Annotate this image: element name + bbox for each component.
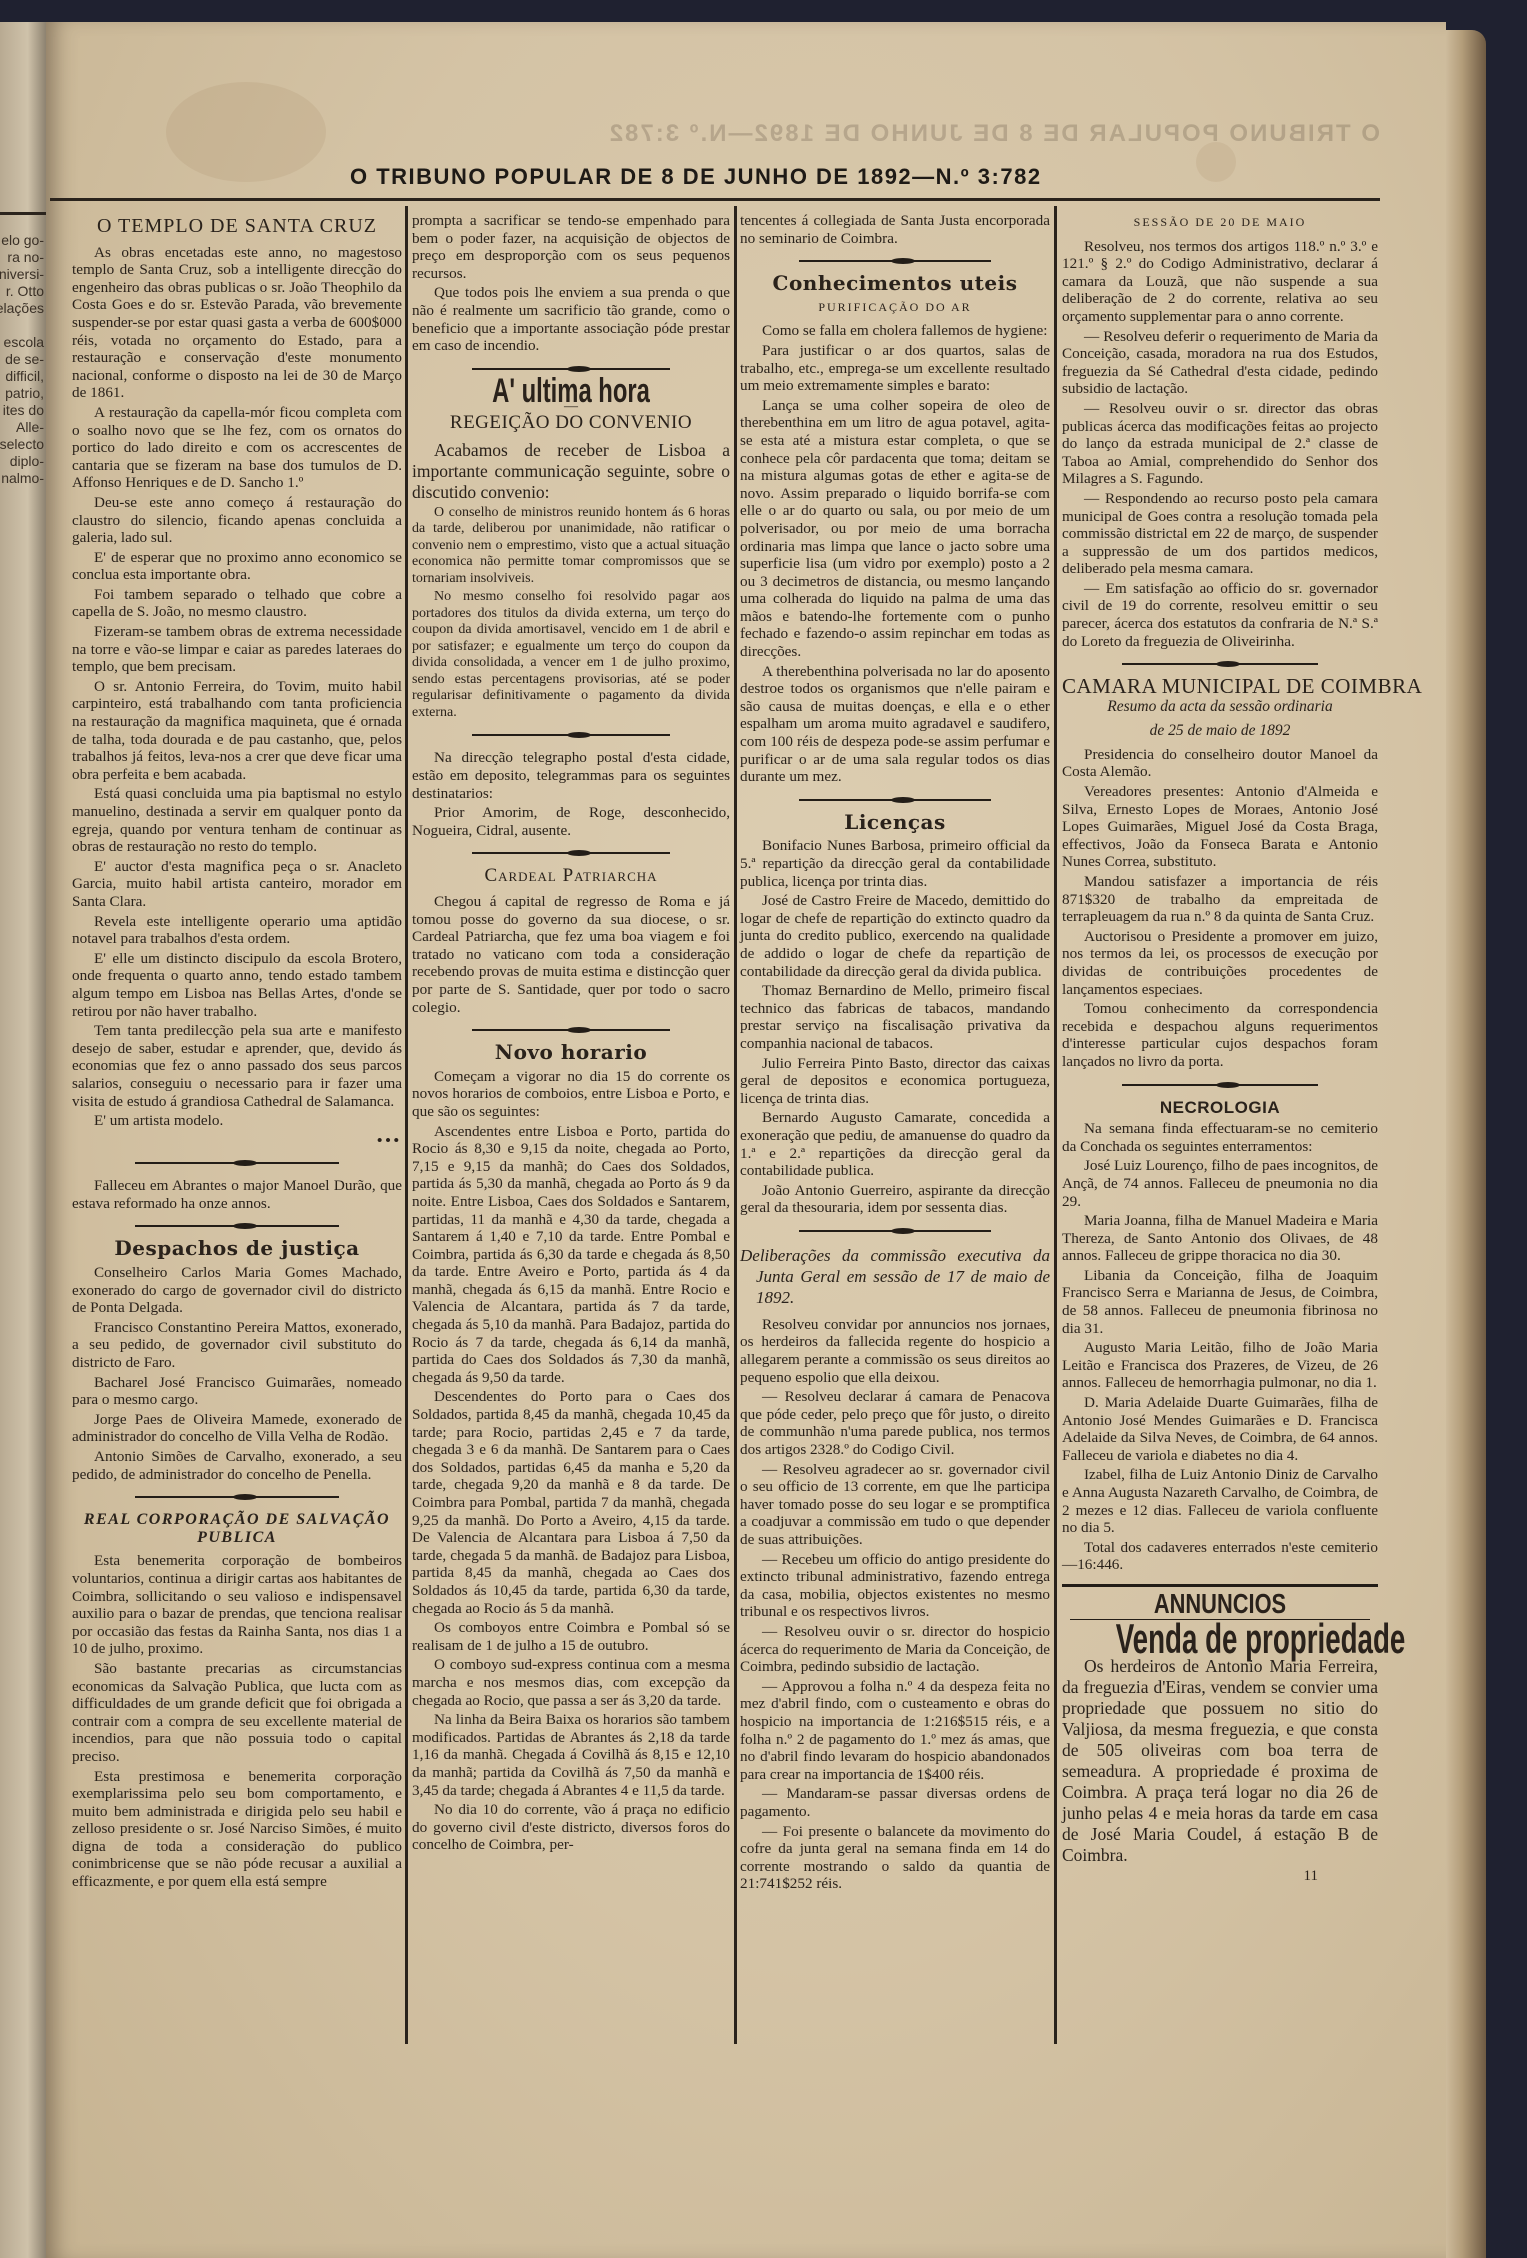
article-ultima-hora: A' ultima hora — REGEIÇÃO DO CONVENIO Ac…	[412, 383, 730, 722]
paragraph: — Foi presente o balancete da movimento …	[740, 1823, 1050, 1893]
article-title: CAMARA MUNICIPAL DE COIMBRA	[1062, 678, 1378, 696]
paragraph: Presidencia do conselheiro doutor Manoel…	[1062, 746, 1378, 781]
paragraph: Francisco Constantino Pereira Mattos, ex…	[72, 1319, 402, 1372]
column-rule	[1054, 206, 1057, 2044]
article-subtitle: REGEIÇÃO DO CONVENIO	[412, 414, 730, 432]
paragraph: Mandou satisfazer a importancia de réis …	[1062, 873, 1378, 926]
paragraph: Julio Ferreira Pinto Basto, director das…	[740, 1055, 1050, 1108]
previous-page-fragment: niversi-	[0, 266, 44, 283]
section-separator	[799, 259, 991, 263]
article-telegrammas: Na direcção telegrapho postal d'esta cid…	[412, 749, 730, 839]
paragraph: Na linha da Beira Baixa os horarios são …	[412, 1711, 730, 1799]
article-necrologia: NECROLOGIA Na semana finda effectuaram-s…	[1062, 1099, 1378, 1574]
paragraph: João Antonio Guerreiro, aspirante da dir…	[740, 1182, 1050, 1217]
paragraph: E' de esperar que no proximo anno econom…	[72, 549, 402, 584]
previous-page-fragment: ites do	[0, 402, 44, 419]
paragraph: Que todos pois lhe enviem a sua prenda o…	[412, 284, 730, 354]
previous-page-fragment: ra no-	[0, 249, 44, 266]
article-subtitle: PURIFICAÇÃO DO AR	[740, 299, 1050, 317]
previous-page-fragment: difficil,	[0, 368, 44, 385]
section-separator	[472, 367, 669, 371]
paragraph: Os comboyos entre Coimbra e Pombal só se…	[412, 1619, 730, 1654]
article-salvacao-publica: REAL CORPORAÇÃO DE SALVAÇÃO PUBLICA Esta…	[72, 1511, 402, 1890]
paragraph: Ascendentes entre Lisboa e Porto, partid…	[412, 1123, 730, 1387]
paragraph: Esta prestimosa e benemerita corporação …	[72, 1768, 402, 1891]
section-separator	[472, 1028, 669, 1032]
paragraph: E' elle um distincto discipulo da escola…	[72, 950, 402, 1020]
show-through-masthead: O TRIBUNO POPULAR DE 8 DE JUNHO DE 1892—…	[330, 120, 1380, 148]
article-title: Novo horario	[412, 1044, 730, 1062]
article-title: REAL CORPORAÇÃO DE SALVAÇÃO PUBLICA	[72, 1511, 402, 1546]
article-templo-santa-cruz: O TEMPLO DE SANTA CRUZ As obras encetada…	[72, 218, 402, 1149]
paragraph: D. Maria Adelaide Duarte Guimarães, filh…	[1062, 1394, 1378, 1464]
previous-page-fragment: r. Otto	[0, 283, 44, 300]
previous-page-fragment: patrio,	[0, 385, 44, 402]
paragraph: Começam a vigorar no dia 15 do corrente …	[412, 1068, 730, 1121]
section-separator	[799, 1229, 991, 1233]
previous-page-fragment: elo go-	[0, 232, 44, 249]
section-separator	[135, 1161, 340, 1165]
paragraph: O conselho de ministros reunido hontem á…	[412, 505, 730, 588]
article-conhecimentos-uteis: Conhecimentos uteis PURIFICAÇÃO DO AR Co…	[740, 275, 1050, 786]
paragraph: José de Castro Freire de Macedo, demitti…	[740, 892, 1050, 980]
article-title: Deliberações da commissão executiva da J…	[740, 1245, 1050, 1308]
article-body: Presidencia do conselheiro doutor Manoel…	[1062, 746, 1378, 1071]
paragraph: — Recebeu um officio do antigo president…	[740, 1551, 1050, 1621]
article-subtitle-date: de 25 de maio de 1892	[1062, 722, 1378, 740]
article-continuation: prompta a sacrificar se tendo-se empenha…	[412, 212, 730, 355]
article-sessao-20-maio: SESSÃO DE 20 DE MAIO Resolveu, nos termo…	[1062, 214, 1378, 650]
paragraph: Vereadores presentes: Antonio d'Almeida …	[1062, 783, 1378, 871]
section-separator	[1122, 1083, 1318, 1087]
paragraph: prompta a sacrificar se tendo-se empenha…	[412, 212, 730, 282]
paragraph: Lança se uma colher sopeira de oleo de t…	[740, 397, 1050, 661]
paragraph: — Approvou a folha n.º 4 da despeza feit…	[740, 1678, 1050, 1784]
article-licencas: Licenças Bonifacio Nunes Barbosa, primei…	[740, 814, 1050, 1217]
column-1: O TEMPLO DE SANTA CRUZ As obras encetada…	[72, 212, 402, 1893]
paragraph: Resolveu, nos termos dos artigos 118.º n…	[1062, 238, 1378, 326]
paragraph: Resolveu convidar por annuncios nos jorn…	[740, 1316, 1050, 1386]
article-title: Cardeal Patriarcha	[412, 867, 730, 885]
paragraph: Prior Amorim, de Roge, desconhecido, Nog…	[412, 804, 730, 839]
paragraph: E' auctor d'esta magnifica peça o sr. An…	[72, 858, 402, 911]
annuncios-rule-top	[1062, 1584, 1378, 1587]
paragraph: A restauração da capella-mór ficou compl…	[72, 404, 402, 492]
paragraph: Na direcção telegrapho postal d'esta cid…	[412, 749, 730, 802]
paragraph: Descendentes do Porto para o Caes dos So…	[412, 1388, 730, 1617]
paragraph: — Resolveu declarar á camara de Penacova…	[740, 1388, 1050, 1458]
paragraph: Conselheiro Carlos Maria Gomes Machado, …	[72, 1264, 402, 1317]
article-title: Licenças	[740, 814, 1050, 832]
paragraph: Jorge Paes de Oliveira Mamede, exonerado…	[72, 1411, 402, 1446]
paragraph: Antonio Simões de Carvalho, exonerado, a…	[72, 1448, 402, 1483]
paragraph: Foi tambem separado o telhado que cobre …	[72, 586, 402, 621]
paragraph: O comboyo sud-express continua com a mes…	[412, 1656, 730, 1709]
paragraph: Total dos cadaveres enterrados n'este ce…	[1062, 1539, 1378, 1574]
column-rule	[405, 206, 408, 2044]
paragraph: O sr. Antonio Ferreira, do Tovim, muito …	[72, 678, 402, 784]
section-separator	[135, 1495, 340, 1499]
paragraph: Libania da Conceição, filha de Joaquim F…	[1062, 1267, 1378, 1337]
previous-page-rule	[0, 212, 46, 215]
previous-page-fragment: elações	[0, 300, 44, 317]
article-body: Como se falla em cholera fallemos de hyg…	[740, 322, 1050, 785]
article-title: Despachos de justiça	[72, 1240, 402, 1258]
article-continuation: tencentes á collegiada de Santa Justa en…	[740, 212, 1050, 247]
paragraph: — Em satisfação ao officio do sr. govern…	[1062, 580, 1378, 650]
article-body: As obras encetadas este anno, no magesto…	[72, 244, 402, 1130]
article-camara-municipal: CAMARA MUNICIPAL DE COIMBRA Resumo da ac…	[1062, 678, 1378, 1070]
paragraph: — Resolveu ouvir o sr. director das obra…	[1062, 400, 1378, 488]
article-body: Resolveu convidar por annuncios nos jorn…	[740, 1316, 1050, 1893]
column-rule	[734, 206, 737, 2044]
paragraph: Tem tanta predilecção pela sua arte e ma…	[72, 1022, 402, 1110]
article-body: O conselho de ministros reunido hontem á…	[412, 505, 730, 722]
section-separator	[799, 798, 991, 802]
previous-page-fragment: escola	[0, 334, 44, 351]
section-separator	[472, 733, 669, 737]
article-signature: •••	[72, 1132, 402, 1150]
annuncios-title: ANNUNCIOS	[1097, 1595, 1343, 1613]
previous-page-fragment: diplo-	[0, 453, 44, 470]
ad-text: Os herdeiros de Antonio Maria Ferreira, …	[1062, 1656, 1378, 1866]
obituary-note: Falleceu em Abrantes o major Manoel Durã…	[72, 1177, 402, 1212]
column-2: prompta a sacrificar se tendo-se empenha…	[412, 212, 730, 1856]
paragraph: — Resolveu agradecer ao sr. governador c…	[740, 1461, 1050, 1549]
article-body: Na semana finda effectuaram-se no cemite…	[1062, 1120, 1378, 1574]
article-body: Conselheiro Carlos Maria Gomes Machado, …	[72, 1264, 402, 1483]
paper-stain	[166, 82, 326, 182]
paragraph: Na semana finda effectuaram-se no cemite…	[1062, 1120, 1378, 1155]
paragraph: Fizeram-se tambem obras de extrema neces…	[72, 623, 402, 676]
paragraph: — Resolveu ouvir o sr. director do hospi…	[740, 1623, 1050, 1676]
paragraph: Esta benemerita corporação de bombeiros …	[72, 1552, 402, 1658]
previous-page-fragment: de se-	[0, 351, 44, 368]
column-4: SESSÃO DE 20 DE MAIO Resolveu, nos termo…	[1062, 212, 1378, 1887]
ad-title: Venda de propriedade	[1116, 1630, 1325, 1648]
section-separator	[472, 851, 669, 855]
section-separator	[1122, 662, 1318, 666]
paragraph: São bastante precarias as circumstancias…	[72, 1660, 402, 1766]
paragraph: Bacharel José Francisco Guimarães, nomea…	[72, 1374, 402, 1409]
paragraph: No dia 10 do corrente, vão á praça no ed…	[412, 1801, 730, 1854]
article-body: Chegou á capital de regresso de Roma e j…	[412, 893, 730, 1016]
paragraph: Revela este intelligente operario uma ap…	[72, 913, 402, 948]
masthead: O TRIBUNO POPULAR DE 8 DE JUNHO DE 1892—…	[350, 164, 1380, 190]
paragraph: Bernardo Augusto Camarate, concedida a e…	[740, 1109, 1050, 1179]
article-subtitle: Resumo da acta da sessão ordinaria	[1062, 698, 1378, 716]
article-body: Esta benemerita corporação de bombeiros …	[72, 1552, 402, 1890]
paragraph: Bonifacio Nunes Barbosa, primeiro offici…	[740, 837, 1050, 890]
page-stack-edge	[1446, 30, 1486, 2258]
paragraph: E' um artista modelo.	[72, 1112, 402, 1130]
paragraph: Chegou á capital de regresso de Roma e j…	[412, 893, 730, 1016]
paragraph: Auctorisou o Presidente a promover em ju…	[1062, 928, 1378, 998]
paragraph: — Resolveu deferir o requerimento de Mar…	[1062, 328, 1378, 398]
article-body: Bonifacio Nunes Barbosa, primeiro offici…	[740, 837, 1050, 1216]
previous-page-edge: elo go-ra no-niversi-r. Ottoelaçõesescol…	[0, 22, 46, 2258]
paragraph: Está quasi concluida uma pia baptismal n…	[72, 785, 402, 855]
paragraph: Como se falla em cholera fallemos de hyg…	[740, 322, 1050, 340]
section-separator	[135, 1224, 340, 1228]
article-deliberacoes: Deliberações da commissão executiva da J…	[740, 1245, 1050, 1893]
article-title: Conhecimentos uteis	[740, 275, 1050, 293]
paragraph: José Luiz Lourenço, filho de paes incogn…	[1062, 1157, 1378, 1210]
article-lead: Acabamos de receber de Lisboa a importan…	[412, 440, 730, 503]
paragraph: Deu-se este anno começo á restauração do…	[72, 494, 402, 547]
paragraph: — Mandaram-se passar diversas ordens de …	[740, 1785, 1050, 1820]
paragraph: Izabel, filha de Luiz Antonio Diniz de C…	[1062, 1466, 1378, 1536]
article-title: SESSÃO DE 20 DE MAIO	[1062, 214, 1378, 232]
paragraph: Maria Joanna, filha de Manuel Madeira e …	[1062, 1212, 1378, 1265]
article-title: A' ultima hora	[460, 383, 683, 401]
previous-page-fragment: nalmo-	[0, 470, 44, 487]
paragraph: Tomou conhecimento da correspondencia re…	[1062, 1000, 1378, 1070]
paragraph: As obras encetadas este anno, no magesto…	[72, 244, 402, 402]
previous-page-fragment: selecto	[0, 436, 44, 453]
paragraph: Para justificar o ar dos quartos, salas …	[740, 342, 1050, 395]
previous-page-fragment: Alle-	[0, 419, 44, 436]
article-body: Começam a vigorar no dia 15 do corrente …	[412, 1068, 730, 1854]
paragraph: A therebenthina polverisada no lar do ap…	[740, 663, 1050, 786]
article-despachos: Despachos de justiça Conselheiro Carlos …	[72, 1240, 402, 1483]
article-body: Na direcção telegrapho postal d'esta cid…	[412, 749, 730, 839]
article-title: O TEMPLO DE SANTA CRUZ	[72, 218, 402, 236]
column-3: tencentes á collegiada de Santa Justa en…	[740, 212, 1050, 1895]
paragraph: Augusto Maria Leitão, filho de João Mari…	[1062, 1339, 1378, 1392]
annuncios-section: ANNUNCIOS Venda de propriedade Os herdei…	[1062, 1595, 1378, 1885]
article-novo-horario: Novo horario Começam a vigorar no dia 15…	[412, 1044, 730, 1854]
paragraph: Thomaz Bernardino de Mello, primeiro fis…	[740, 982, 1050, 1052]
article-body: Resolveu, nos termos dos artigos 118.º n…	[1062, 238, 1378, 651]
article-title: NECROLOGIA	[1062, 1099, 1378, 1117]
article-cardeal-patriarcha: Cardeal Patriarcha Chegou á capital de r…	[412, 867, 730, 1016]
paragraph: No mesmo conselho foi resolvido pagar ao…	[412, 589, 730, 721]
masthead-rule	[50, 198, 1380, 201]
ad-number: 11	[1062, 1868, 1378, 1886]
paragraph: — Respondendo ao recurso posto pela cama…	[1062, 490, 1378, 578]
